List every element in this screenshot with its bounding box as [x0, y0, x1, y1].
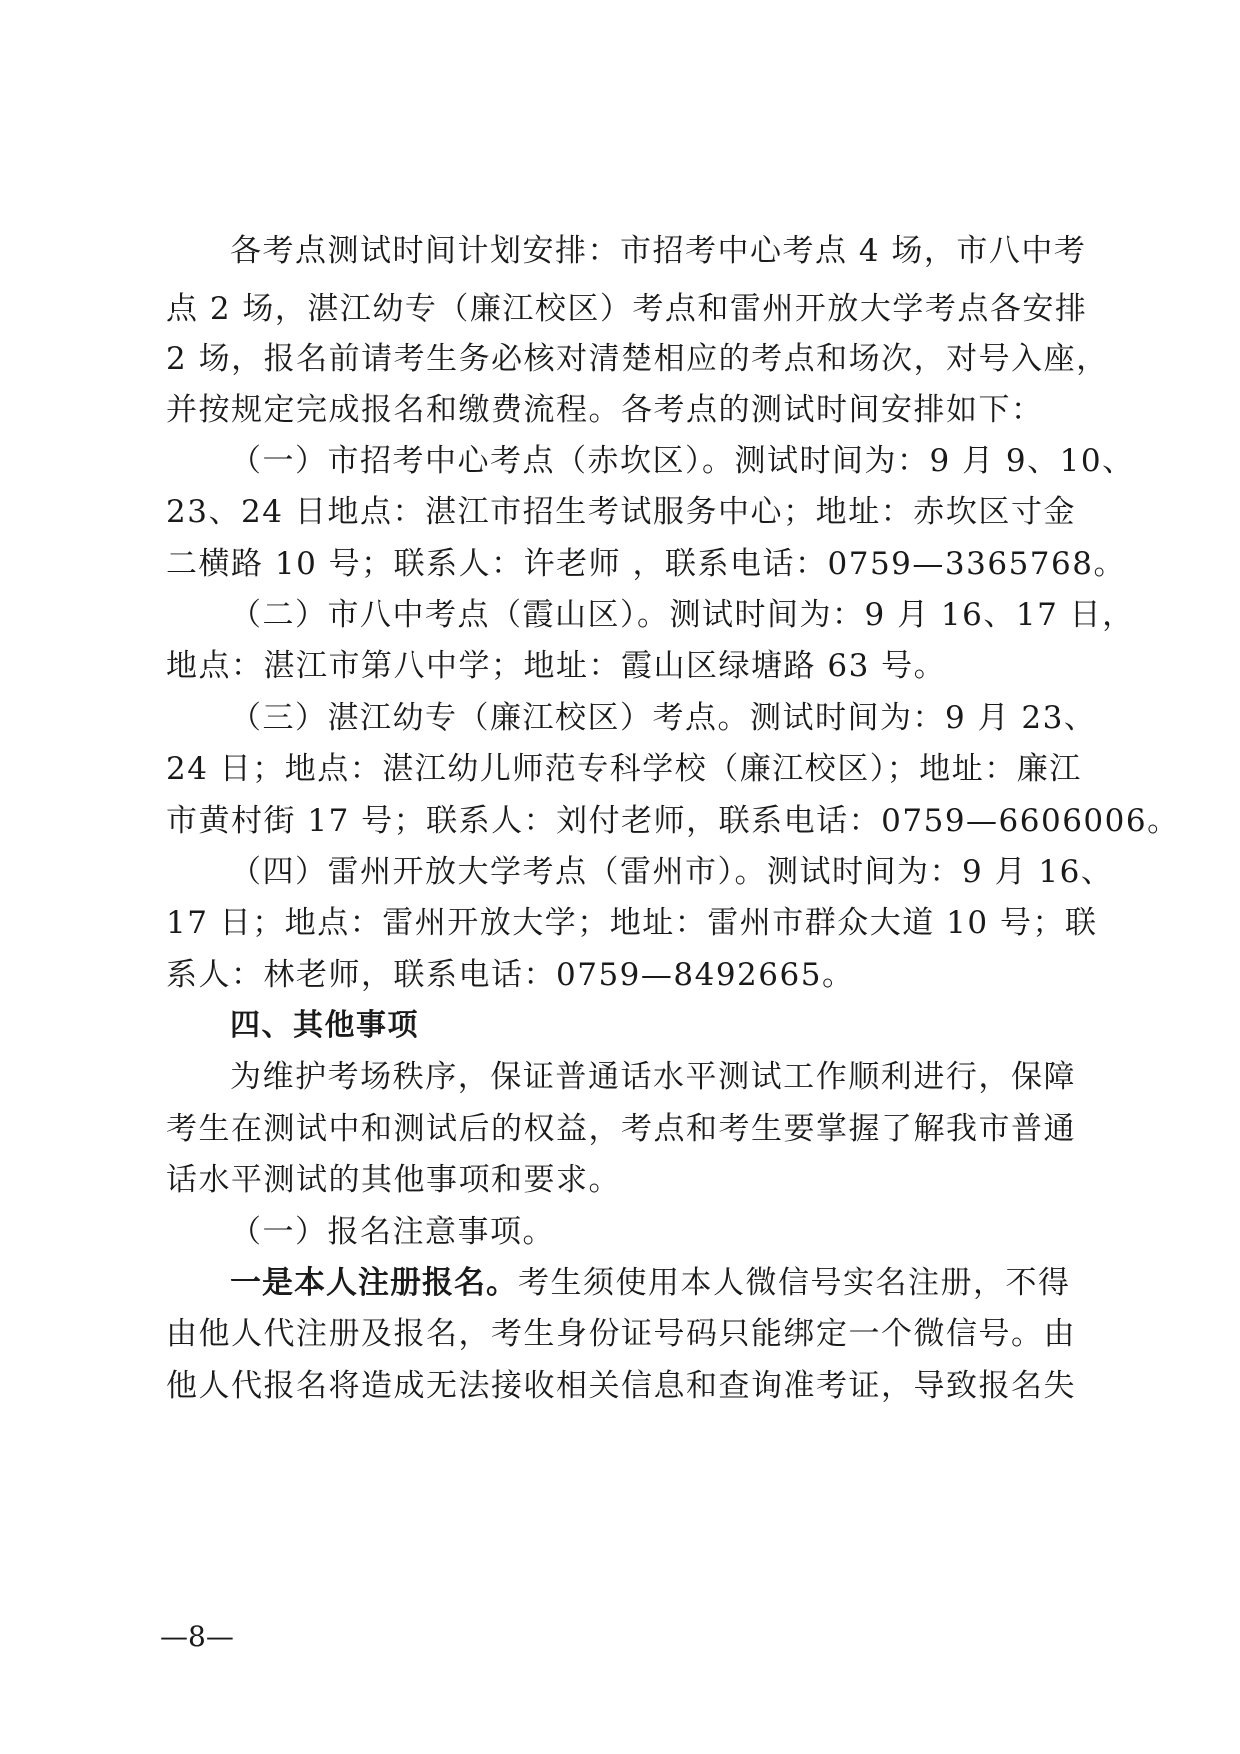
paragraph-line: 为维护考场秩序，保证普通话水平测试工作顺利进行，保障	[230, 1048, 1076, 1106]
paragraph-line: 各考点测试时间计划安排：市招考中心考点 4 场，市八中考	[230, 222, 1076, 280]
section-heading: 四、其他事项	[230, 997, 1076, 1055]
paragraph-line: 23、24 日地点：湛江市招生考试服务中心；地址：赤坎区寸金	[166, 483, 1076, 541]
paragraph-line: 并按规定完成报名和缴费流程。各考点的测试时间安排如下：	[166, 381, 1076, 439]
paragraph-line: 2 场，报名前请考生务必核对清楚相应的考点和场次，对号入座，	[166, 330, 1076, 388]
subsection-heading: （一）报名注意事项。	[230, 1203, 1076, 1261]
paragraph-line: 话水平测试的其他事项和要求。	[166, 1151, 1076, 1209]
paragraph-line: （三）湛江幼专（廉江校区）考点。测试时间为：9 月 23、	[230, 689, 1076, 747]
paragraph-line: 17 日；地点：雷州开放大学；地址：雷州市群众大道 10 号；联	[166, 894, 1076, 952]
paragraph-line: （四）雷州开放大学考点（雷州市）。测试时间为：9 月 16、	[230, 843, 1076, 901]
paragraph-text: 考生须使用本人微信号实名注册，不得	[518, 1265, 1071, 1301]
paragraph-line: 考生在测试中和测试后的权益，考点和考生要掌握了解我市普通	[166, 1100, 1076, 1158]
paragraph-line: 他人代报名将造成无法接收相关信息和查询准考证，导致报名失	[166, 1357, 1076, 1415]
paragraph-line: 由他人代注册及报名，考生身份证号码只能绑定一个微信号。由	[166, 1305, 1076, 1363]
paragraph-line: 一是本人注册报名。考生须使用本人微信号实名注册，不得	[230, 1254, 1076, 1312]
paragraph-line: 24 日；地点：湛江幼儿师范专科学校（廉江校区）；地址：廉江	[166, 740, 1076, 798]
document-page: 各考点测试时间计划安排：市招考中心考点 4 场，市八中考 点 2 场，湛江幼专（…	[0, 0, 1240, 1754]
paragraph-line: 市黄村街 17 号；联系人：刘付老师，联系电话：0759—6606006。	[166, 792, 1076, 850]
bold-lead-in: 一是本人注册报名。	[230, 1265, 518, 1301]
paragraph-line: 地点：湛江市第八中学；地址：霞山区绿塘路 63 号。	[166, 637, 1076, 695]
page-number: —8—	[160, 1620, 234, 1653]
paragraph-line: （一）市招考中心考点（赤坎区）。测试时间为：9 月 9、10、	[230, 432, 1076, 490]
paragraph-line: 二横路 10 号；联系人：许老师 ，联系电话：0759—3365768。	[166, 535, 1076, 593]
paragraph-line: 系人：林老师，联系电话：0759—8492665。	[166, 946, 1076, 1004]
paragraph-line: （二）市八中考点（霞山区）。测试时间为：9 月 16、17 日，	[230, 586, 1076, 644]
